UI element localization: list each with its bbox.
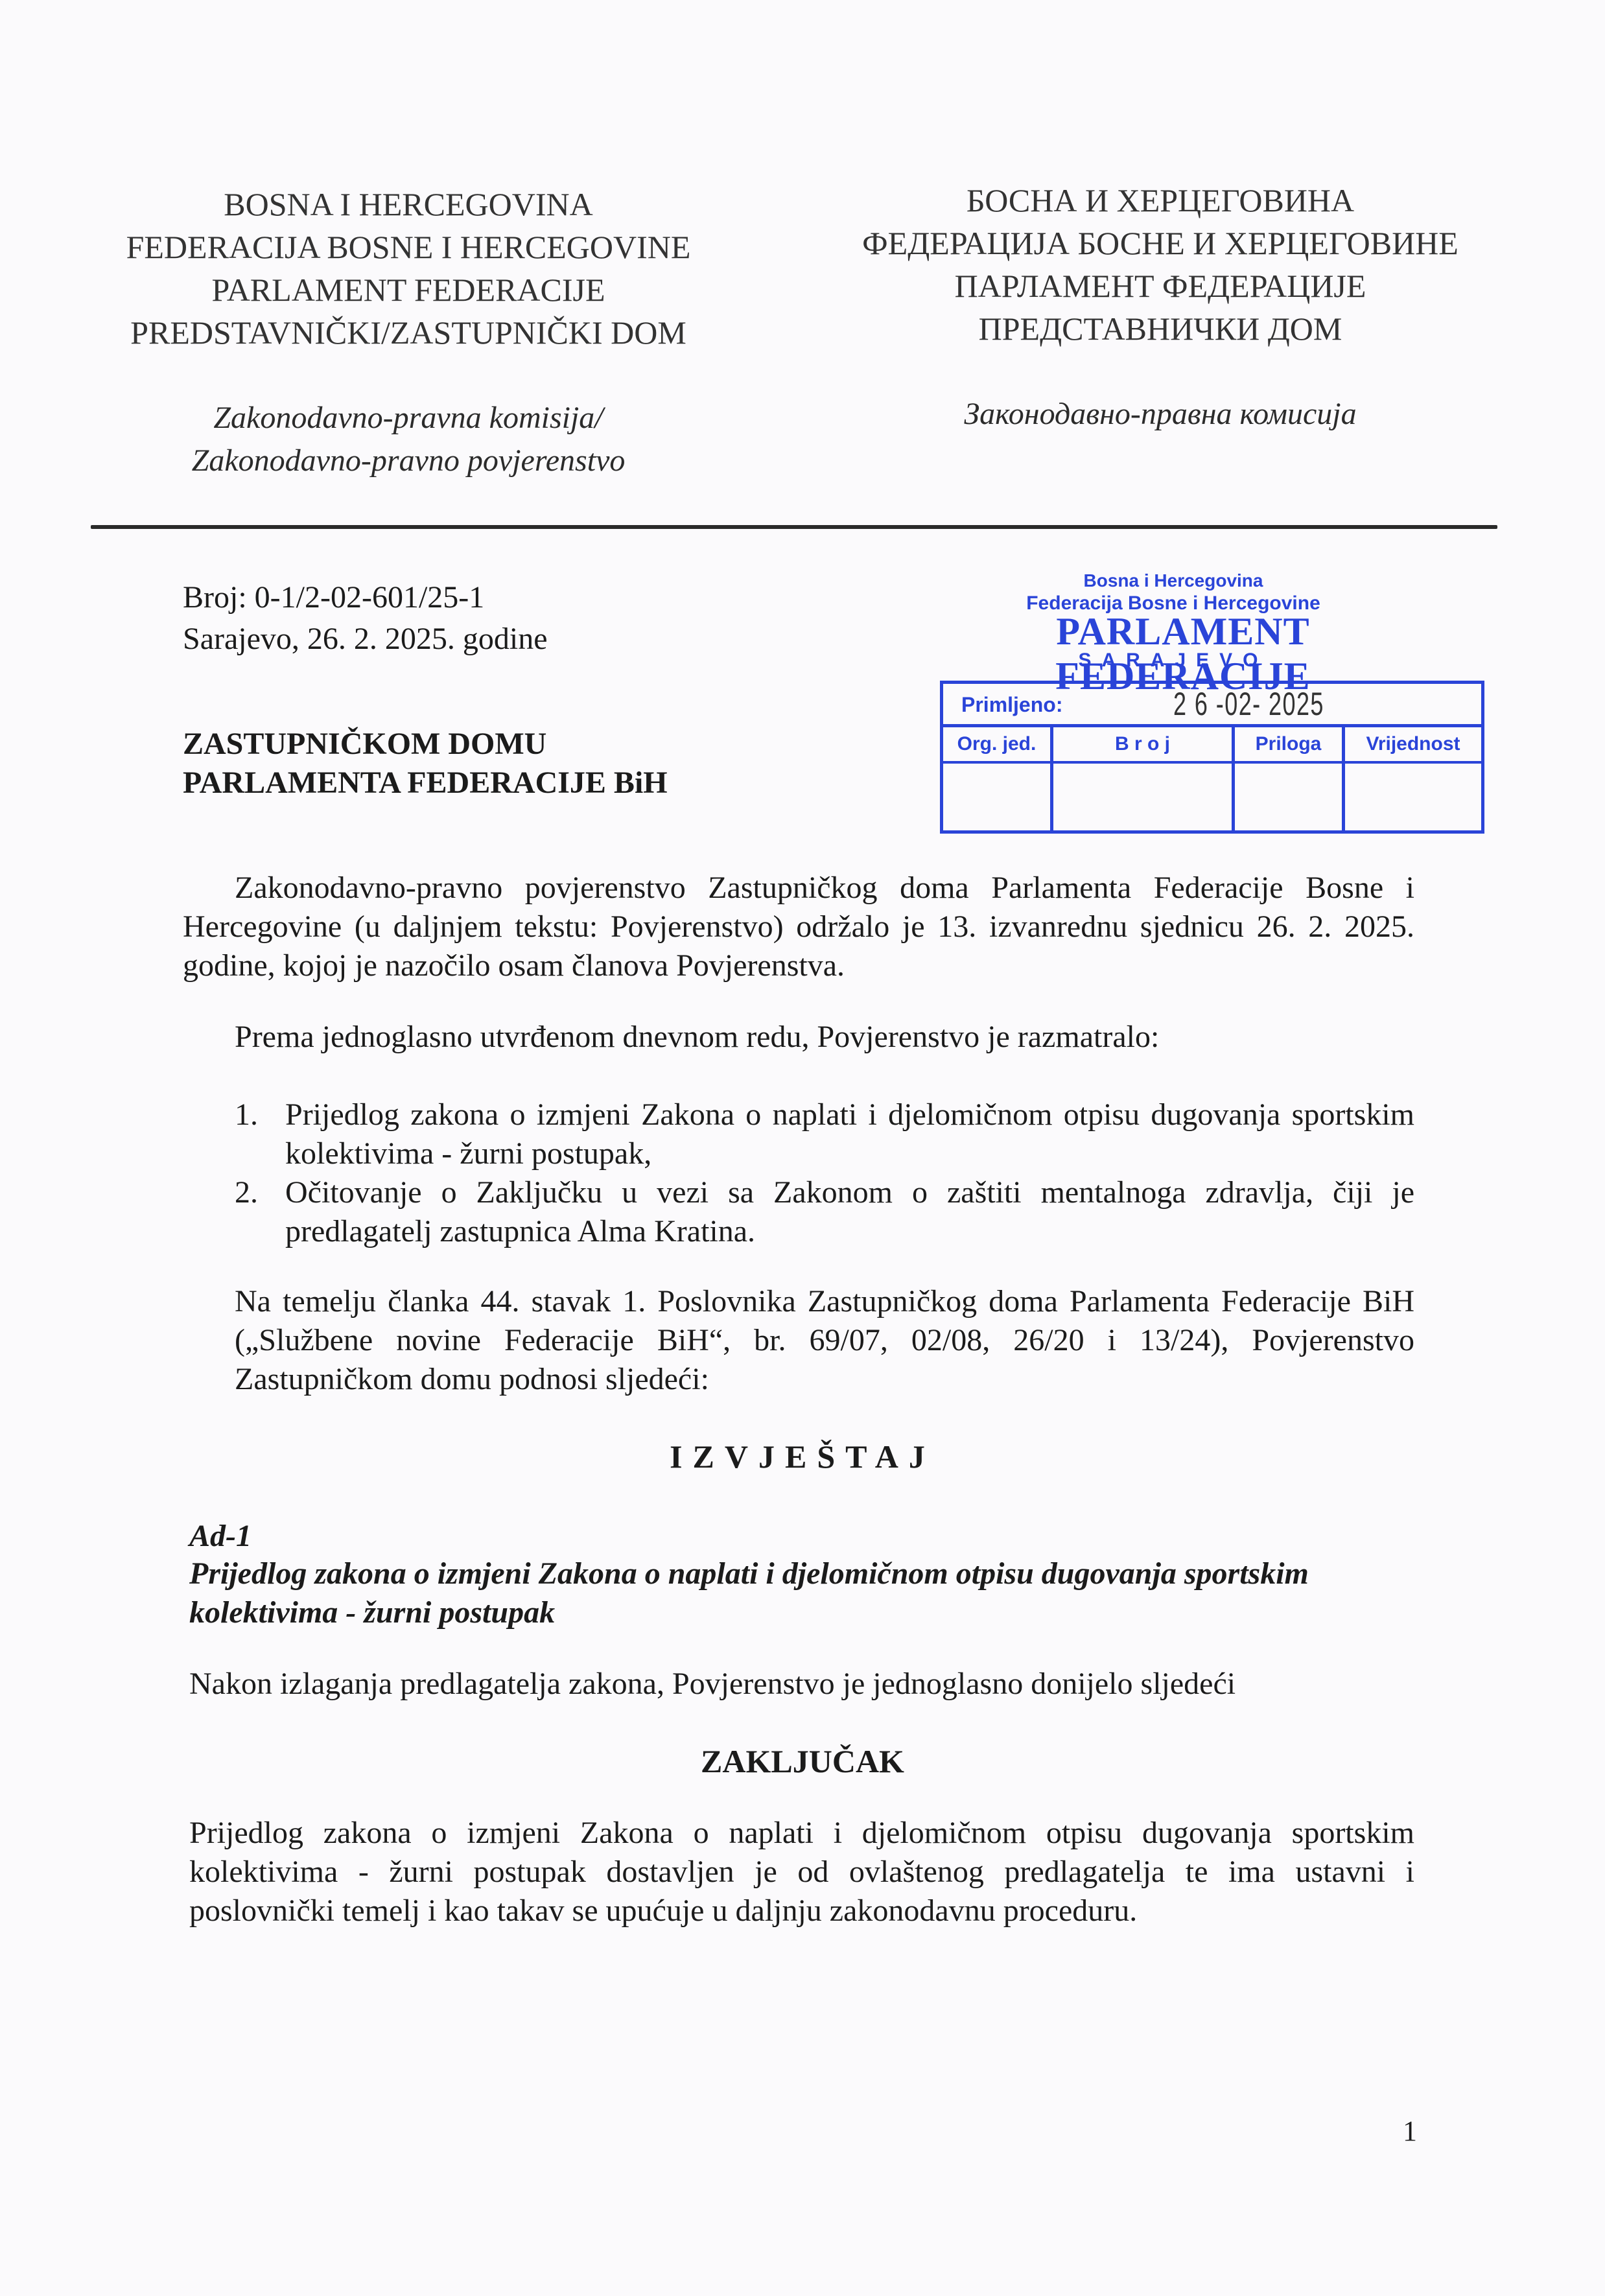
stamp-col-org: Org. jed. — [943, 727, 1053, 834]
stamp-city: SARAJEVO — [933, 650, 1413, 672]
stamp-line: Bosna i Hercegovina — [933, 570, 1413, 591]
header-divider — [91, 525, 1497, 529]
ad-label: Ad-1 — [189, 1517, 252, 1556]
stamp-columns: Org. jed. B r o j Priloga Vrijednost — [943, 727, 1481, 834]
intro-paragraph: Zakonodavno-pravno povjerenstvo Zastupni… — [183, 869, 1414, 985]
report-title: IZVJEŠTAJ — [0, 1438, 1605, 1475]
header-line: БОСНА И ХЕРЦЕГОВИНА — [836, 179, 1484, 222]
stamp-col-attachments: Priloga — [1235, 727, 1345, 834]
conclusion-title: ZAKLJUČAK — [0, 1742, 1605, 1780]
recipient: ZASTUPNIČKOM DOMU PARLAMENTA FEDERACIJE … — [183, 725, 668, 802]
legal-basis-paragraph: Na temelju članka 44. stavak 1. Poslovni… — [235, 1282, 1414, 1399]
header-line: ФЕДЕРАЦИЈА БОСНЕ И ХЕРЦЕГОВИНЕ — [836, 222, 1484, 264]
ad-text: Nakon izlaganja predlagatelja zakona, Po… — [189, 1665, 1414, 1704]
stamp-table: Primljeno: 2 6 -02- 2025 Org. jed. B r o… — [940, 681, 1484, 834]
conclusion-text: Prijedlog zakona o izmjeni Zakona o napl… — [189, 1814, 1414, 1930]
committee-line: Zakonodavno-pravno povjerenstvo — [117, 439, 700, 482]
stamp-received-label: Primljeno: — [961, 693, 1062, 717]
stamp-received-date: 2 6 -02- 2025 — [1173, 685, 1324, 723]
recipient-line: PARLAMENTA FEDERACIJE BiH — [183, 764, 668, 802]
header-latin: BOSNA I HERCEGOVINA FEDERACIJA BOSNE I H… — [117, 183, 700, 354]
agenda-item: 1. Prijedlog zakona o izmjeni Zakona o n… — [235, 1095, 1414, 1173]
agenda-item-text: Očitovanje o Zaključku u vezi sa Zakonom… — [285, 1173, 1414, 1251]
header-line: BOSNA I HERCEGOVINA — [117, 183, 700, 226]
header-line: FEDERACIJA BOSNE I HERCEGOVINE — [117, 226, 700, 268]
stamp-col-value: Vrijednost — [1345, 727, 1481, 834]
stamp-col-header: Org. jed. — [943, 727, 1050, 764]
header-line: ПАРЛАМЕНТ ФЕДЕРАЦИЈЕ — [836, 264, 1484, 307]
stamp-col-header: Priloga — [1235, 727, 1342, 764]
committee-latin: Zakonodavno-pravna komisija/ Zakonodavno… — [117, 397, 700, 482]
agenda-item: 2. Očitovanje o Zaključku u vezi sa Zako… — [235, 1173, 1414, 1251]
stamp-received-row: Primljeno: 2 6 -02- 2025 — [943, 684, 1481, 727]
page-number: 1 — [1403, 2114, 1417, 2148]
agenda-item-number: 1. — [235, 1095, 285, 1173]
header-line: PREDSTAVNIČKI/ZASTUPNIČKI DOM — [117, 311, 700, 354]
header-cyrillic: БОСНА И ХЕРЦЕГОВИНА ФЕДЕРАЦИЈА БОСНЕ И Х… — [836, 179, 1484, 350]
stamp-col-header: B r o j — [1053, 727, 1232, 764]
document-meta: Broj: 0-1/2-02-601/25-1 Sarajevo, 26. 2.… — [183, 577, 548, 660]
recipient-line: ZASTUPNIČKOM DOMU — [183, 725, 668, 764]
agenda-intro: Prema jednoglasno utvrđenom dnevnom redu… — [235, 1018, 1414, 1057]
committee-cyrillic: Законодавно-правна комисија — [836, 393, 1484, 436]
header-line: ПРЕДСТАВНИЧКИ ДОМ — [836, 307, 1484, 350]
agenda-item-number: 2. — [235, 1173, 285, 1251]
stamp-col-header: Vrijednost — [1345, 727, 1481, 764]
header-line: PARLAMENT FEDERACIJE — [117, 268, 700, 311]
agenda-item-text: Prijedlog zakona o izmjeni Zakona o napl… — [285, 1095, 1414, 1173]
stamp-col-number: B r o j — [1053, 727, 1235, 834]
agenda-list: 1. Prijedlog zakona o izmjeni Zakona o n… — [235, 1095, 1414, 1251]
document-number: Broj: 0-1/2-02-601/25-1 — [183, 577, 548, 618]
received-stamp: Bosna i Hercegovina Federacija Bosne i H… — [933, 570, 1504, 843]
committee-line: Zakonodavno-pravna komisija/ — [117, 397, 700, 439]
ad-title: Prijedlog zakona o izmjeni Zakona o napl… — [189, 1554, 1414, 1632]
place-date: Sarajevo, 26. 2. 2025. godine — [183, 618, 548, 660]
